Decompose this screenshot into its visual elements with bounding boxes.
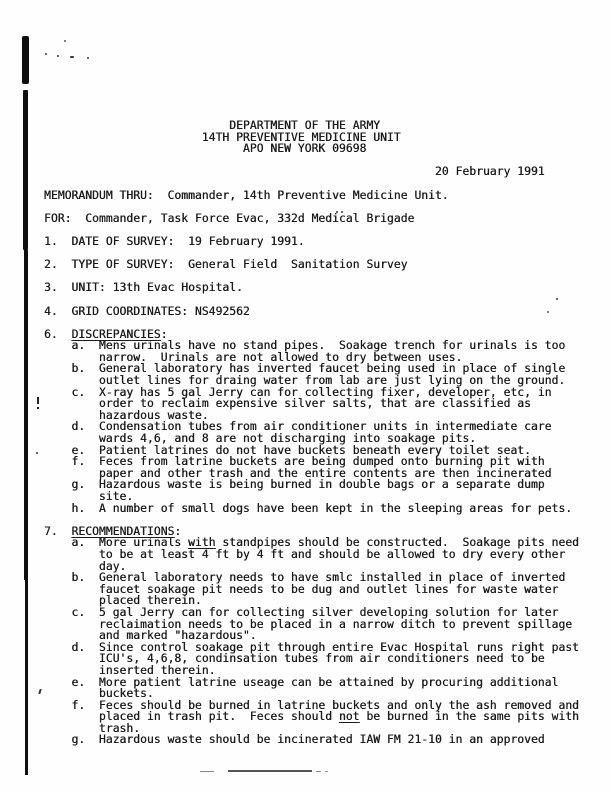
document-line: 2. TYPE OF SURVEY: General Field Sanitat… [44, 259, 579, 271]
document-line: 3. UNIT: 13th Evac Hospital. [44, 282, 579, 294]
ink-speck [45, 53, 47, 55]
scan-scratch-artifact [23, 90, 28, 250]
ink-speck [38, 689, 41, 694]
document-line: g. Hazardous waste should be incinerated… [44, 734, 579, 746]
document-line: APO NEW YORK 09698 [44, 143, 579, 155]
scan-scratch-artifact [24, 250, 28, 580]
document-line: 1. DATE OF SURVEY: 19 February 1991. [44, 236, 579, 248]
document-line: MEMORANDUM THRU: Commander, 14th Prevent… [44, 190, 579, 202]
document-line: 20 February 1991 [44, 166, 579, 178]
bottom-dash-artifact [200, 771, 214, 772]
document-lines: DEPARTMENT OF THE ARMY 14TH PREVENTIVE M… [44, 120, 579, 746]
stray-exclamation-mark [37, 397, 39, 404]
bottom-dash-artifact [228, 770, 312, 772]
document-line: 4. GRID COORDINATES: NS492562 [44, 306, 579, 318]
stray-exclamation-mark [37, 407, 39, 409]
ink-speck [87, 57, 89, 59]
ink-speck [36, 452, 38, 454]
ink-speck [64, 40, 66, 42]
bottom-dash-artifact [316, 771, 321, 772]
scan-scratch-artifact [25, 580, 28, 775]
ink-speck [57, 55, 59, 57]
ink-speck [70, 56, 74, 58]
scan-scratch-artifact [22, 36, 29, 84]
bottom-dash-artifact [325, 771, 328, 772]
document-line: h. A number of small dogs have been kept… [44, 503, 579, 515]
document-line: FOR: Commander, Task Force Evac, 332d Me… [44, 213, 579, 225]
memo-page: DEPARTMENT OF THE ARMY 14TH PREVENTIVE M… [0, 0, 611, 792]
